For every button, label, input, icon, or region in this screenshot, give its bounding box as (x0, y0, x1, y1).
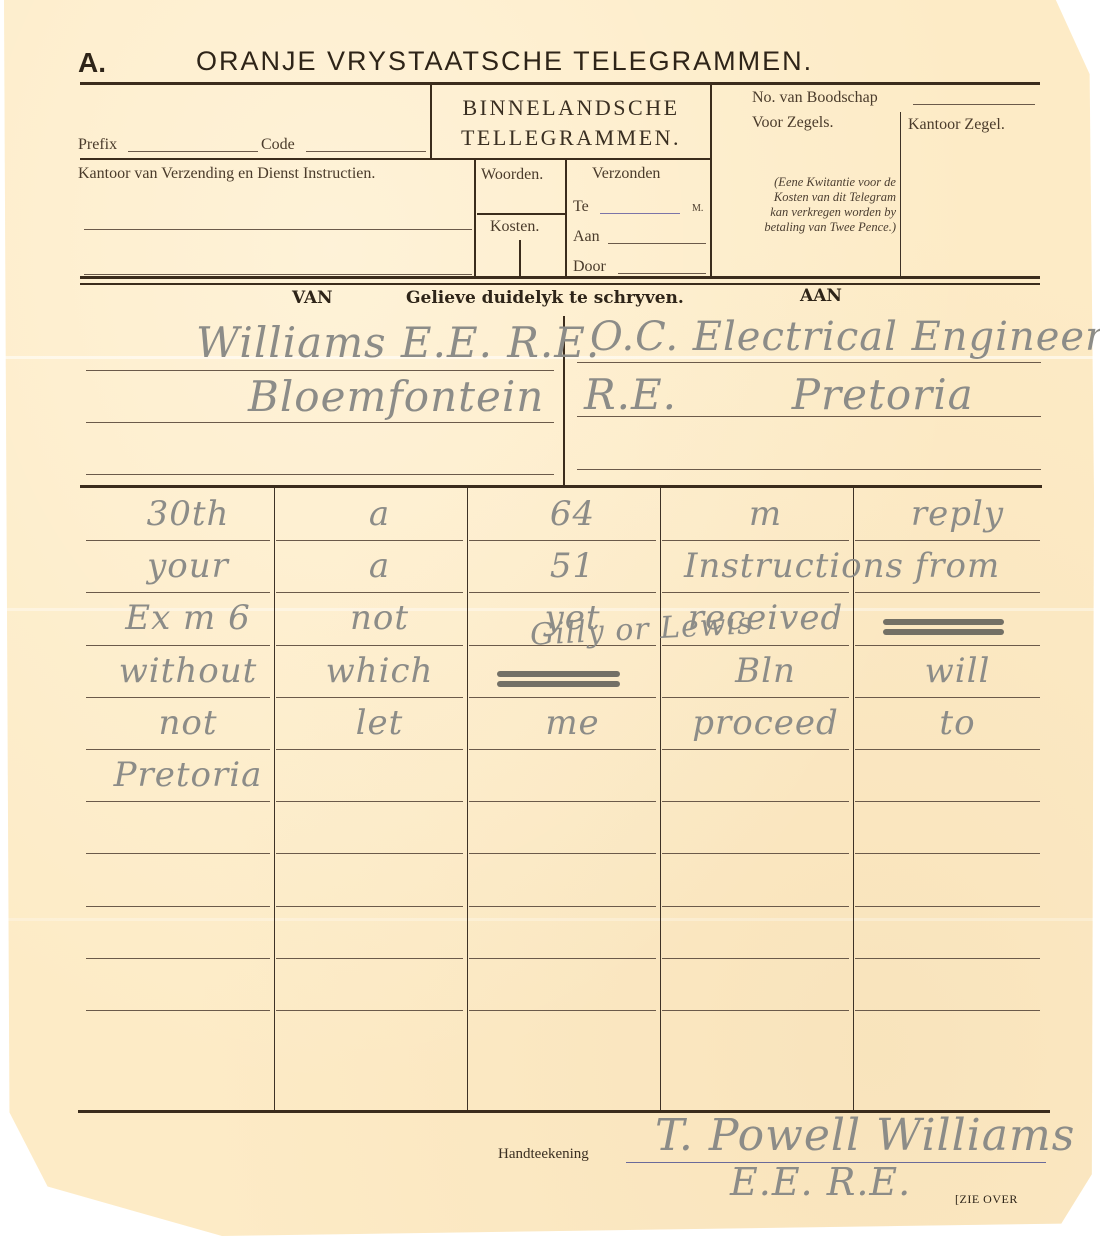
grid-cell[interactable]: 30th (108, 494, 268, 534)
grid-line (855, 1010, 1040, 1011)
grid-line (855, 958, 1040, 959)
grid-cell[interactable]: 64 (491, 494, 654, 534)
handteekening-label: Handteekening (498, 1146, 589, 1163)
grid-cell[interactable]: Ex m 6 (108, 598, 268, 638)
door-field[interactable] (618, 273, 706, 274)
grid-line (469, 853, 656, 854)
grid-line (469, 906, 656, 907)
grid-line (86, 958, 270, 959)
strikethrough-mark (883, 629, 1004, 635)
grid-line (855, 801, 1040, 802)
grid-line (662, 592, 849, 593)
grid-line (469, 592, 656, 593)
aan-label: Aan (573, 228, 600, 246)
divider (474, 160, 476, 278)
grid-line (276, 958, 463, 959)
woorden-label: Woorden. (481, 166, 543, 184)
divider (519, 240, 521, 278)
strikethrough-mark (497, 671, 620, 677)
grid-line (86, 1010, 270, 1011)
grid-line (662, 1010, 849, 1011)
grid-cell[interactable]: me (491, 703, 654, 743)
aan-field[interactable] (608, 243, 706, 244)
van-handwriting-line1: Williams E.E. R.E. (196, 318, 600, 367)
grid-cell[interactable]: will (877, 651, 1038, 691)
signature-line1: T. Powell Williams (655, 1110, 1075, 1161)
note-line: betaling van Twee Pence.) (712, 220, 896, 235)
grid-column-divider (467, 488, 468, 1110)
grid-line (86, 801, 270, 802)
binnelandsche-heading: BINNELANDSCHE TELLEGRAMMEN. (436, 93, 706, 153)
no-boodschap-field[interactable] (913, 104, 1035, 105)
grid-line (86, 697, 270, 698)
strikethrough-mark (497, 681, 620, 687)
grid-cell[interactable]: your (108, 546, 268, 586)
header-top-rule (80, 82, 1040, 85)
grid-line (855, 592, 1040, 593)
header-mid-rule (80, 158, 710, 160)
grid-line (855, 906, 1040, 907)
grid-cell[interactable]: Instructions (684, 546, 847, 586)
aan-handwriting-line2: R.E. Pretoria (584, 370, 974, 419)
van-line[interactable] (86, 422, 554, 423)
grid-line (276, 1010, 463, 1011)
grid-cell[interactable]: Pretoria (108, 755, 268, 795)
kantoor-verzending-field[interactable] (84, 274, 472, 275)
header-bottom-rule (80, 276, 1040, 279)
grid-line (86, 540, 270, 541)
grid-column-divider (660, 488, 661, 1110)
instruction-label: Gelieve duidelyk te schryven. (406, 288, 684, 308)
grid-cell[interactable]: a (298, 494, 461, 534)
kosten-label: Kosten. (490, 218, 539, 236)
grid-line (86, 645, 270, 646)
aan-handwriting-line1: O.C. Electrical Engineers (590, 314, 1100, 360)
grid-line (662, 697, 849, 698)
grid-line (469, 958, 656, 959)
grid-line (662, 540, 849, 541)
grid-line (469, 540, 656, 541)
grid-cell[interactable]: Bln (684, 651, 847, 691)
note-line: Kosten van dit Telegram (712, 190, 896, 205)
van-label: VAN (292, 288, 333, 308)
grid-line (469, 749, 656, 750)
kantoor-verzending-field[interactable] (84, 229, 472, 230)
kantoor-verzending-label: Kantoor van Verzending en Dienst Instruc… (78, 165, 375, 183)
kwitantie-note: (Eene Kwitantie voor de Kosten van dit T… (712, 175, 896, 235)
m-label: M. (692, 203, 703, 214)
code-label: Code (261, 136, 295, 154)
grid-line (276, 801, 463, 802)
grid-line (855, 540, 1040, 541)
fold-crease (4, 918, 1094, 921)
aan-label: AAN (800, 286, 842, 306)
form-title: ORANJE VRYSTAATSCHE TELEGRAMMEN. (196, 46, 813, 77)
prefix-field[interactable] (128, 151, 258, 152)
grid-line (469, 697, 656, 698)
grid-line (276, 697, 463, 698)
grid-cell[interactable]: not (108, 703, 268, 743)
grid-line (276, 749, 463, 750)
van-handwriting-line2: Bloemfontein (248, 372, 544, 421)
grid-line (855, 697, 1040, 698)
door-label: Door (573, 258, 606, 276)
te-label: Te (573, 198, 589, 216)
signature-line2: E.E. R.E. (730, 1160, 911, 1204)
grid-cell[interactable]: 51 (491, 546, 654, 586)
strikethrough-mark (883, 619, 1004, 625)
grid-line (276, 540, 463, 541)
van-line[interactable] (86, 474, 554, 475)
grid-line (662, 749, 849, 750)
prefix-label: Prefix (78, 136, 117, 154)
te-field[interactable] (600, 213, 680, 214)
kantoor-zegel-label: Kantoor Zegel. (908, 116, 1005, 134)
note-line: (Eene Kwitantie voor de (712, 175, 896, 190)
grid-line (86, 853, 270, 854)
grid-cell[interactable]: from (877, 546, 1038, 586)
grid-line (86, 906, 270, 907)
grid-top-rule (80, 485, 1042, 488)
grid-line (662, 958, 849, 959)
verzonden-label: Verzonden (592, 165, 660, 183)
grid-cell[interactable]: without (108, 651, 268, 691)
note-line: kan verkregen worden by (712, 205, 896, 220)
grid-line (276, 906, 463, 907)
grid-line (276, 853, 463, 854)
binnelandsche-line2: TELLEGRAMMEN. (436, 123, 706, 153)
voor-zegels-label: Voor Zegels. (752, 114, 833, 132)
form-letter: A. (78, 47, 106, 79)
grid-line (276, 592, 463, 593)
address-top-rule (80, 283, 1040, 285)
binnelandsche-line1: BINNELANDSCHE (436, 93, 706, 123)
grid-cell[interactable]: which (298, 651, 461, 691)
grid-line (276, 645, 463, 646)
grid-cell[interactable]: proceed (684, 703, 847, 743)
grid-cell[interactable]: a (298, 546, 461, 586)
grid-line (469, 1010, 656, 1011)
divider (900, 112, 901, 276)
grid-cell[interactable]: reply (877, 494, 1038, 534)
grid-line (86, 592, 270, 593)
grid-line (662, 853, 849, 854)
aan-line[interactable] (577, 362, 1041, 363)
aan-line[interactable] (577, 469, 1041, 470)
grid-cell[interactable]: m (684, 494, 847, 534)
divider (565, 160, 567, 278)
grid-line (662, 906, 849, 907)
grid-line (86, 749, 270, 750)
grid-cell[interactable]: to (877, 703, 1038, 743)
no-boodschap-label: No. van Boodschap (752, 89, 878, 107)
grid-line (662, 801, 849, 802)
code-field[interactable] (306, 151, 426, 152)
divider (477, 213, 565, 215)
van-line[interactable] (86, 370, 554, 371)
zie-over-label: [ZIE OVER (955, 1192, 1018, 1207)
grid-line (855, 645, 1040, 646)
grid-cell[interactable]: let (298, 703, 461, 743)
grid-column-divider (274, 488, 275, 1110)
grid-line (855, 749, 1040, 750)
grid-line (469, 801, 656, 802)
grid-line (855, 853, 1040, 854)
grid-line (662, 645, 849, 646)
divider (430, 84, 432, 160)
grid-cell[interactable]: not (298, 598, 461, 638)
